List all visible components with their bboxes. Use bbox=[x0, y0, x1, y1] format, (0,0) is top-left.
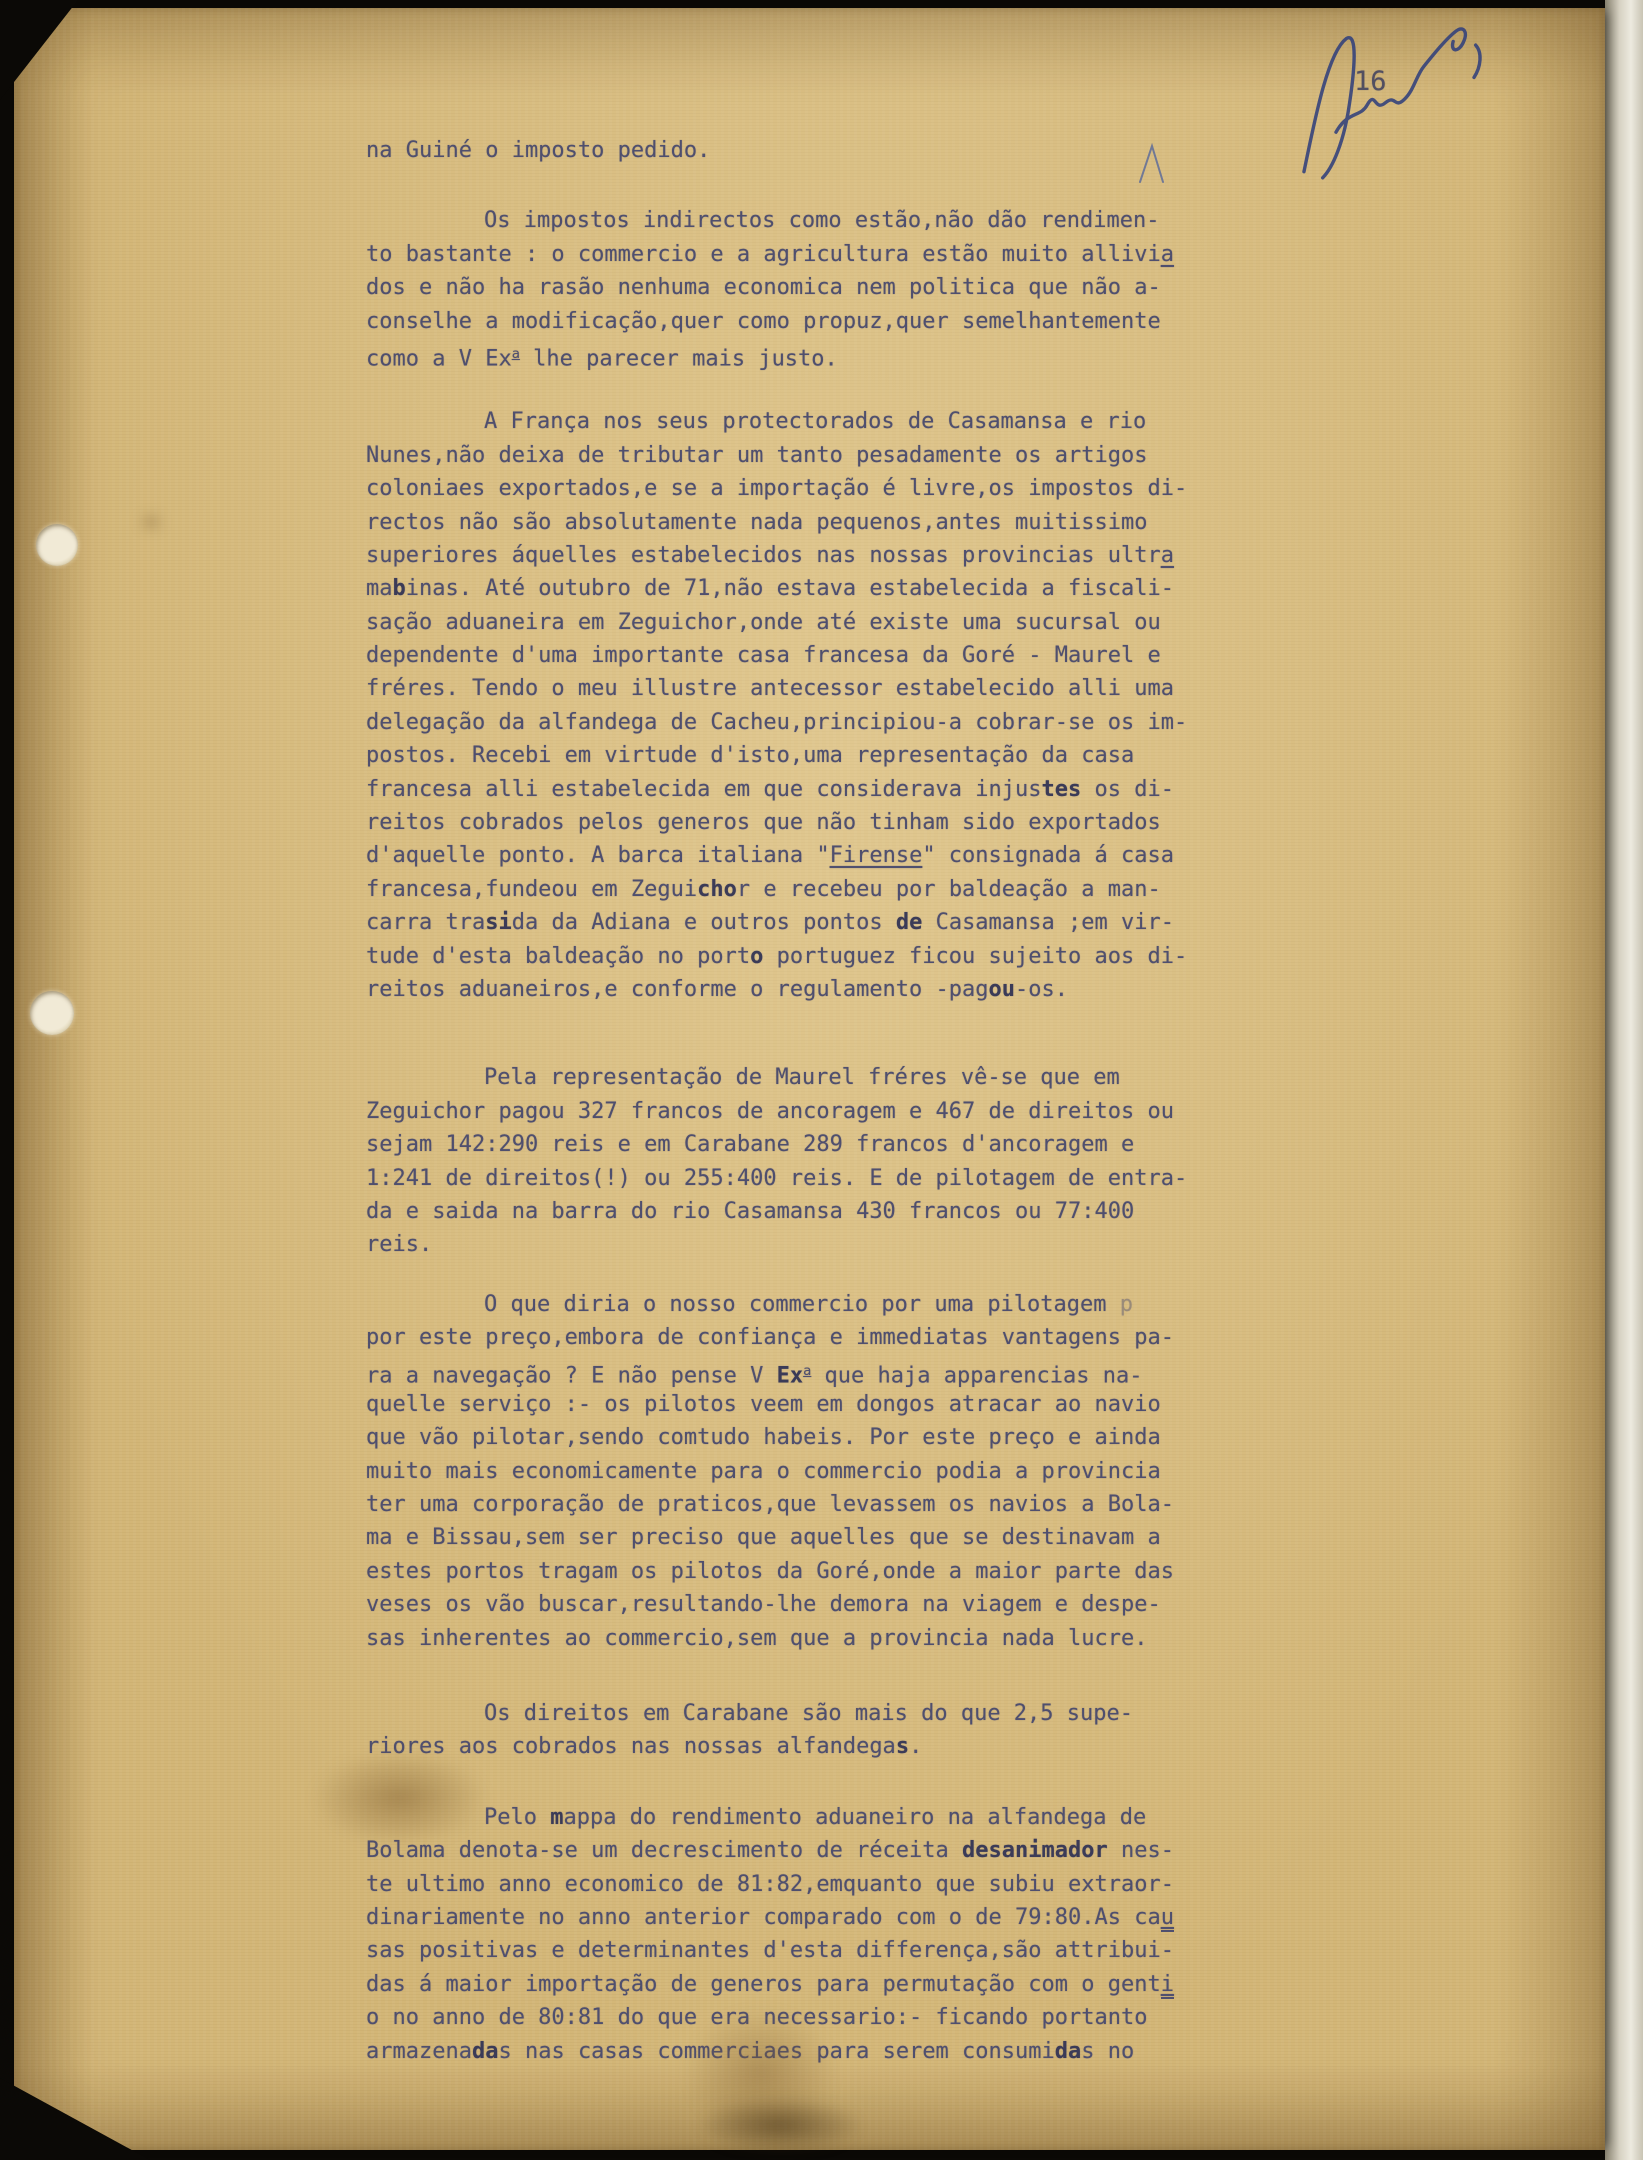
typed-line: O que diria o nosso commercio por uma pi… bbox=[366, 1288, 1187, 1321]
paragraph: Os impostos indirectos como estão,não dã… bbox=[366, 204, 1187, 371]
typed-line: que vão pilotar,sendo comtudo habeis. Po… bbox=[366, 1421, 1187, 1454]
scanned-document-photo: { "page": { "page_number": "16", "colors… bbox=[0, 0, 1643, 2160]
typed-line: sação aduaneira em Zeguichor,onde até ex… bbox=[366, 606, 1187, 639]
typed-line: Pelo mappa do rendimento aduaneiro na al… bbox=[366, 1801, 1187, 1834]
typed-line: conselhe a modificação,quer como propuz,… bbox=[366, 305, 1187, 338]
typed-line: to bastante : o commercio e a agricultur… bbox=[366, 238, 1187, 271]
typed-line: Pela representação de Maurel fréres vê-s… bbox=[366, 1061, 1187, 1094]
typed-line: estes portos tragam os pilotos da Goré,o… bbox=[366, 1555, 1187, 1588]
typed-line: veses os vão buscar,resultando-lhe demor… bbox=[366, 1588, 1187, 1621]
typed-line: por este preço,embora de confiança e imm… bbox=[366, 1321, 1187, 1354]
paragraph: Pela representação de Maurel fréres vê-s… bbox=[366, 1061, 1187, 1261]
typed-line: como a V Exa lhe parecer mais justo. bbox=[366, 338, 1187, 371]
typed-line: ma e Bissau,sem ser preciso que aquelles… bbox=[366, 1521, 1187, 1554]
typed-line: coloniaes exportados,e se a importação é… bbox=[366, 472, 1187, 505]
typed-line: muito mais economicamente para o commerc… bbox=[366, 1455, 1187, 1488]
typed-line: na Guiné o imposto pedido. bbox=[366, 134, 1187, 167]
typed-line: quelle serviço :- os pilotos veem em don… bbox=[366, 1388, 1187, 1421]
typed-line: carra trasida da Adiana e outros pontos … bbox=[366, 906, 1187, 939]
typed-line: 1:241 de direitos(!) ou 255:400 reis. E … bbox=[366, 1162, 1187, 1195]
typed-line: Zeguichor pagou 327 francos de ancoragem… bbox=[366, 1095, 1187, 1128]
typed-line: reis. bbox=[366, 1228, 1187, 1261]
punch-hole bbox=[30, 991, 74, 1035]
typed-line: ter uma corporação de praticos,que levas… bbox=[366, 1488, 1187, 1521]
typed-line: A França nos seus protectorados de Casam… bbox=[366, 405, 1187, 438]
paragraph: na Guiné o imposto pedido. bbox=[366, 134, 1187, 167]
paper-sheet: na Guiné o imposto pedido.Os impostos in… bbox=[14, 8, 1605, 2150]
paragraph: O que diria o nosso commercio por uma pi… bbox=[366, 1288, 1187, 1655]
scan-bed-strip bbox=[1605, 0, 1643, 2160]
stain-dot bbox=[138, 513, 164, 531]
typed-line: ra a navegação ? E não pense V Exa que h… bbox=[366, 1355, 1187, 1388]
typed-line: fréres. Tendo o meu illustre antecessor … bbox=[366, 672, 1187, 705]
paragraph: Os direitos em Carabane são mais do que … bbox=[366, 1697, 1187, 1764]
typed-line: dos e não ha rasão nenhuma economica nem… bbox=[366, 271, 1187, 304]
typed-line: francesa alli estabelecida em que consid… bbox=[366, 773, 1187, 806]
typed-line: Os direitos em Carabane são mais do que … bbox=[366, 1697, 1187, 1730]
document-text: na Guiné o imposto pedido.Os impostos in… bbox=[366, 134, 1187, 2068]
typed-line: postos. Recebi em virtude d'isto,uma rep… bbox=[366, 739, 1187, 772]
typed-line: te ultimo anno economico de 81:82,emquan… bbox=[366, 1868, 1187, 1901]
typed-line: Bolama denota-se um decrescimento de réc… bbox=[366, 1834, 1187, 1867]
typed-line: reitos cobrados pelos generos que não ti… bbox=[366, 806, 1187, 839]
typed-line: sas positivas e determinantes d'esta dif… bbox=[366, 1934, 1187, 1967]
typed-line: rectos não são absolutamente nada pequen… bbox=[366, 506, 1187, 539]
paragraph: A França nos seus protectorados de Casam… bbox=[366, 405, 1187, 1006]
typed-line: reitos aduaneiros,e conforme o regulamen… bbox=[366, 973, 1187, 1006]
stain-blob bbox=[700, 2098, 860, 2153]
typed-line: tude d'esta baldeação no porto portuguez… bbox=[366, 940, 1187, 973]
typed-line: d'aquelle ponto. A barca italiana "Firen… bbox=[366, 839, 1187, 872]
typed-line: dinariamente no anno anterior comparado … bbox=[366, 1901, 1187, 1934]
ink-caret-mark bbox=[1137, 142, 1169, 186]
stain-blob bbox=[310, 1750, 490, 1846]
punch-hole bbox=[36, 524, 78, 566]
typed-line: superiores áquelles estabelecidos nas no… bbox=[366, 539, 1187, 572]
handwritten-signature bbox=[1254, 0, 1569, 185]
typed-line: delegação da alfandega de Cacheu,princip… bbox=[366, 706, 1187, 739]
typed-line: Os impostos indirectos como estão,não dã… bbox=[366, 204, 1187, 237]
typed-line: mabinas. Até outubro de 71,não estava es… bbox=[366, 572, 1187, 605]
typed-line: sejam 142:290 reis e em Carabane 289 fra… bbox=[366, 1128, 1187, 1161]
typed-line: riores aos cobrados nas nossas alfandega… bbox=[366, 1730, 1187, 1763]
typed-line: Nunes,não deixa de tributar um tanto pes… bbox=[366, 439, 1187, 472]
typed-line: sas inherentes ao commercio,sem que a pr… bbox=[366, 1622, 1187, 1655]
typed-line: dependente d'uma importante casa frances… bbox=[366, 639, 1187, 672]
typed-line: das á maior importação de generos para p… bbox=[366, 1968, 1187, 2001]
typed-line: francesa,fundeou em Zeguichor e recebeu … bbox=[366, 873, 1187, 906]
typed-line: da e saida na barra do rio Casamansa 430… bbox=[366, 1195, 1187, 1228]
